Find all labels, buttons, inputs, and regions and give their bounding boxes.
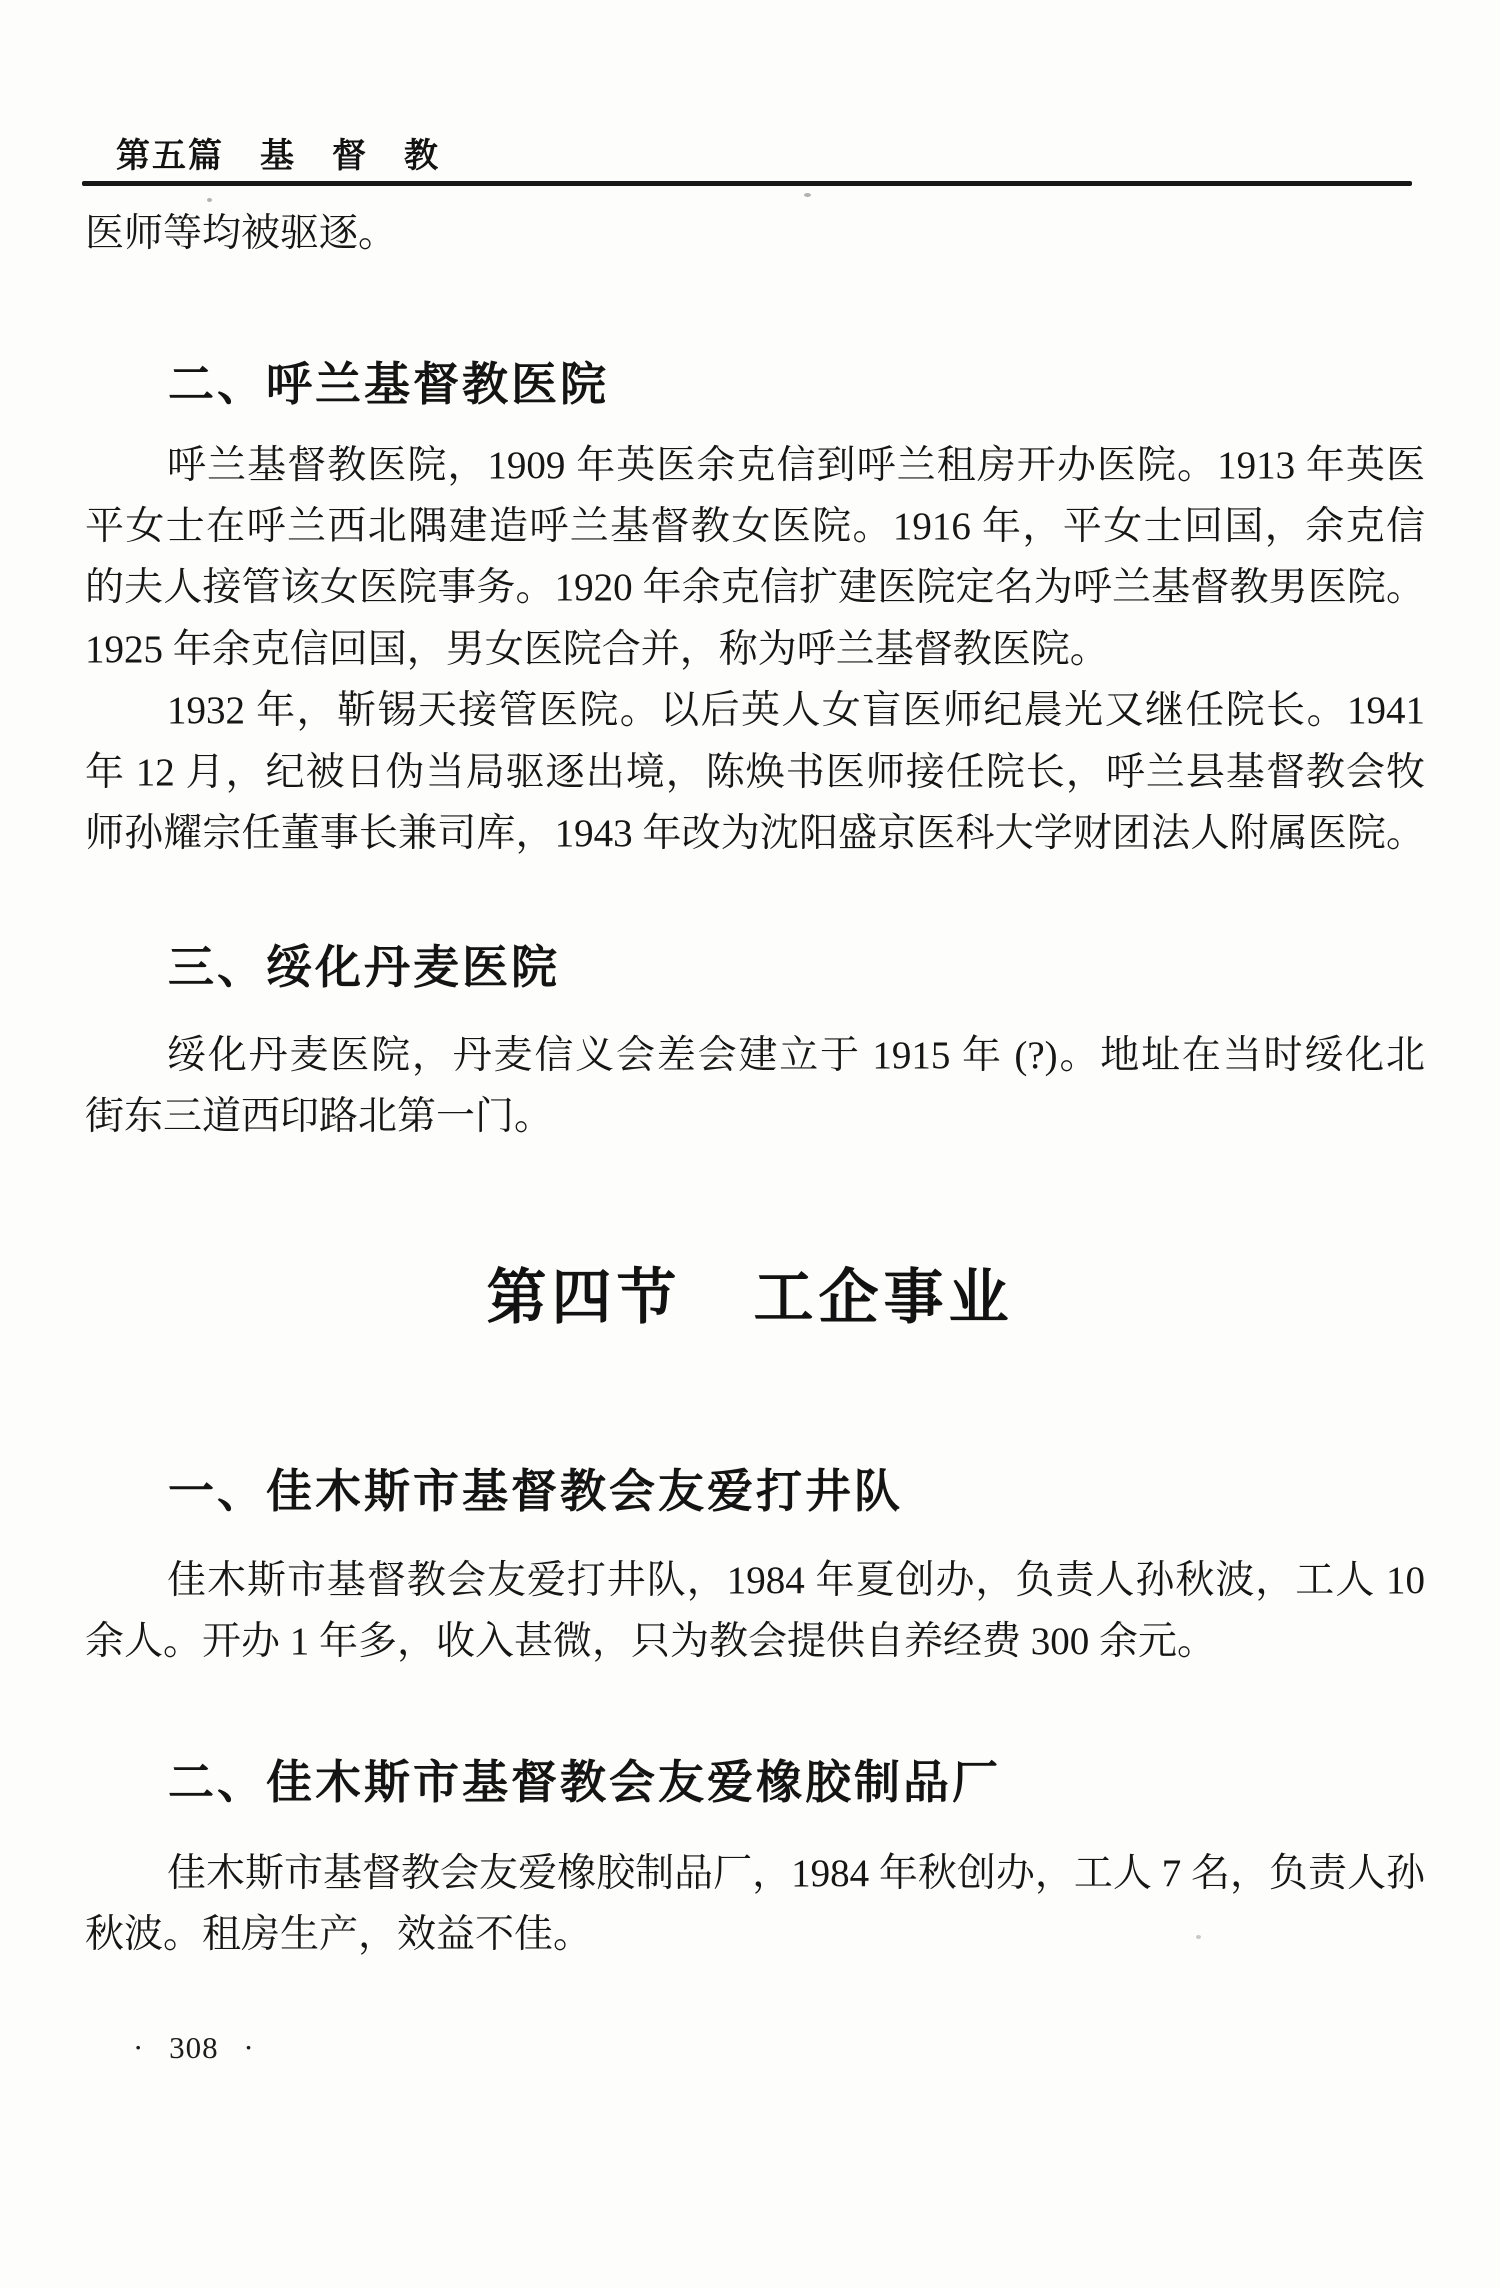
paragraph-line: 1932 年，靳锡天接管医院。以后英人女盲医师纪晨光又继任院长。1941 <box>85 687 1425 735</box>
paragraph-line: 佳木斯市基督教会友爱打井队，1984 年夏创办，负责人孙秋波，工人 10 <box>85 1557 1425 1605</box>
book-page: 第五篇 基 督 教 医师等均被驱逐。 二、呼兰基督教医院 呼兰基督教医院，190… <box>0 0 1500 2288</box>
scan-speck <box>804 193 811 197</box>
paragraph-line: 1925 年余克信回国，男女医院合并，称为呼兰基督教医院。 <box>85 626 1425 674</box>
page-number: · 308 · <box>133 2030 255 2066</box>
paragraph-line: 年 12 月，纪被日伪当局驱逐出境，陈焕书医师接任院长，呼兰县基督教会牧 <box>85 749 1425 797</box>
header-rule <box>82 181 1412 186</box>
paragraph-line: 呼兰基督教医院，1909 年英医余克信到呼兰租房开办医院。1913 年英医 <box>85 442 1425 490</box>
chapter-title: 工企事业 <box>754 1264 1014 1332</box>
paragraph-line: 佳木斯市基督教会友爱橡胶制品厂，1984 年秋创办，工人 7 名，负责人孙 <box>85 1850 1425 1898</box>
section-heading-well-drilling-team: 一、佳木斯市基督教会友爱打井队 <box>168 1465 903 1519</box>
paragraph-line: 街东三道西印路北第一门。 <box>85 1093 1425 1141</box>
paragraph-line: 的夫人接管该女医院事务。1920 年余克信扩建医院定名为呼兰基督教男医院。 <box>85 564 1425 612</box>
paragraph-line: 秋波。租房生产，效益不佳。 <box>85 1911 1425 1959</box>
section-heading-rubber-factory: 二、佳木斯市基督教会友爱橡胶制品厂 <box>168 1756 1001 1810</box>
paragraph-line: 医师等均被驱逐。 <box>85 210 1425 258</box>
section-heading-hulan-hospital: 二、呼兰基督教医院 <box>168 358 609 412</box>
paragraph-line: 绥化丹麦医院，丹麦信义会差会建立于 1915 年 (?)。地址在当时绥化北 <box>85 1032 1425 1080</box>
section-heading-suihua-hospital: 三、绥化丹麦医院 <box>168 941 560 995</box>
scan-speck <box>207 198 212 202</box>
paragraph-line: 余人。开办 1 年多，收入甚微，只为教会提供自养经费 300 余元。 <box>85 1618 1425 1666</box>
chapter-heading: 第四节 工企事业 <box>0 1264 1500 1332</box>
running-header: 第五篇 基 督 教 <box>116 136 440 176</box>
scan-speck <box>1196 1935 1201 1939</box>
chapter-number: 第四节 <box>487 1264 682 1332</box>
paragraph-line: 平女士在呼兰西北隅建造呼兰基督教女医院。1916 年，平女士回国，余克信 <box>85 503 1425 551</box>
paragraph-line: 师孙耀宗任董事长兼司库，1943 年改为沈阳盛京医科大学财团法人附属医院。 <box>85 810 1425 858</box>
